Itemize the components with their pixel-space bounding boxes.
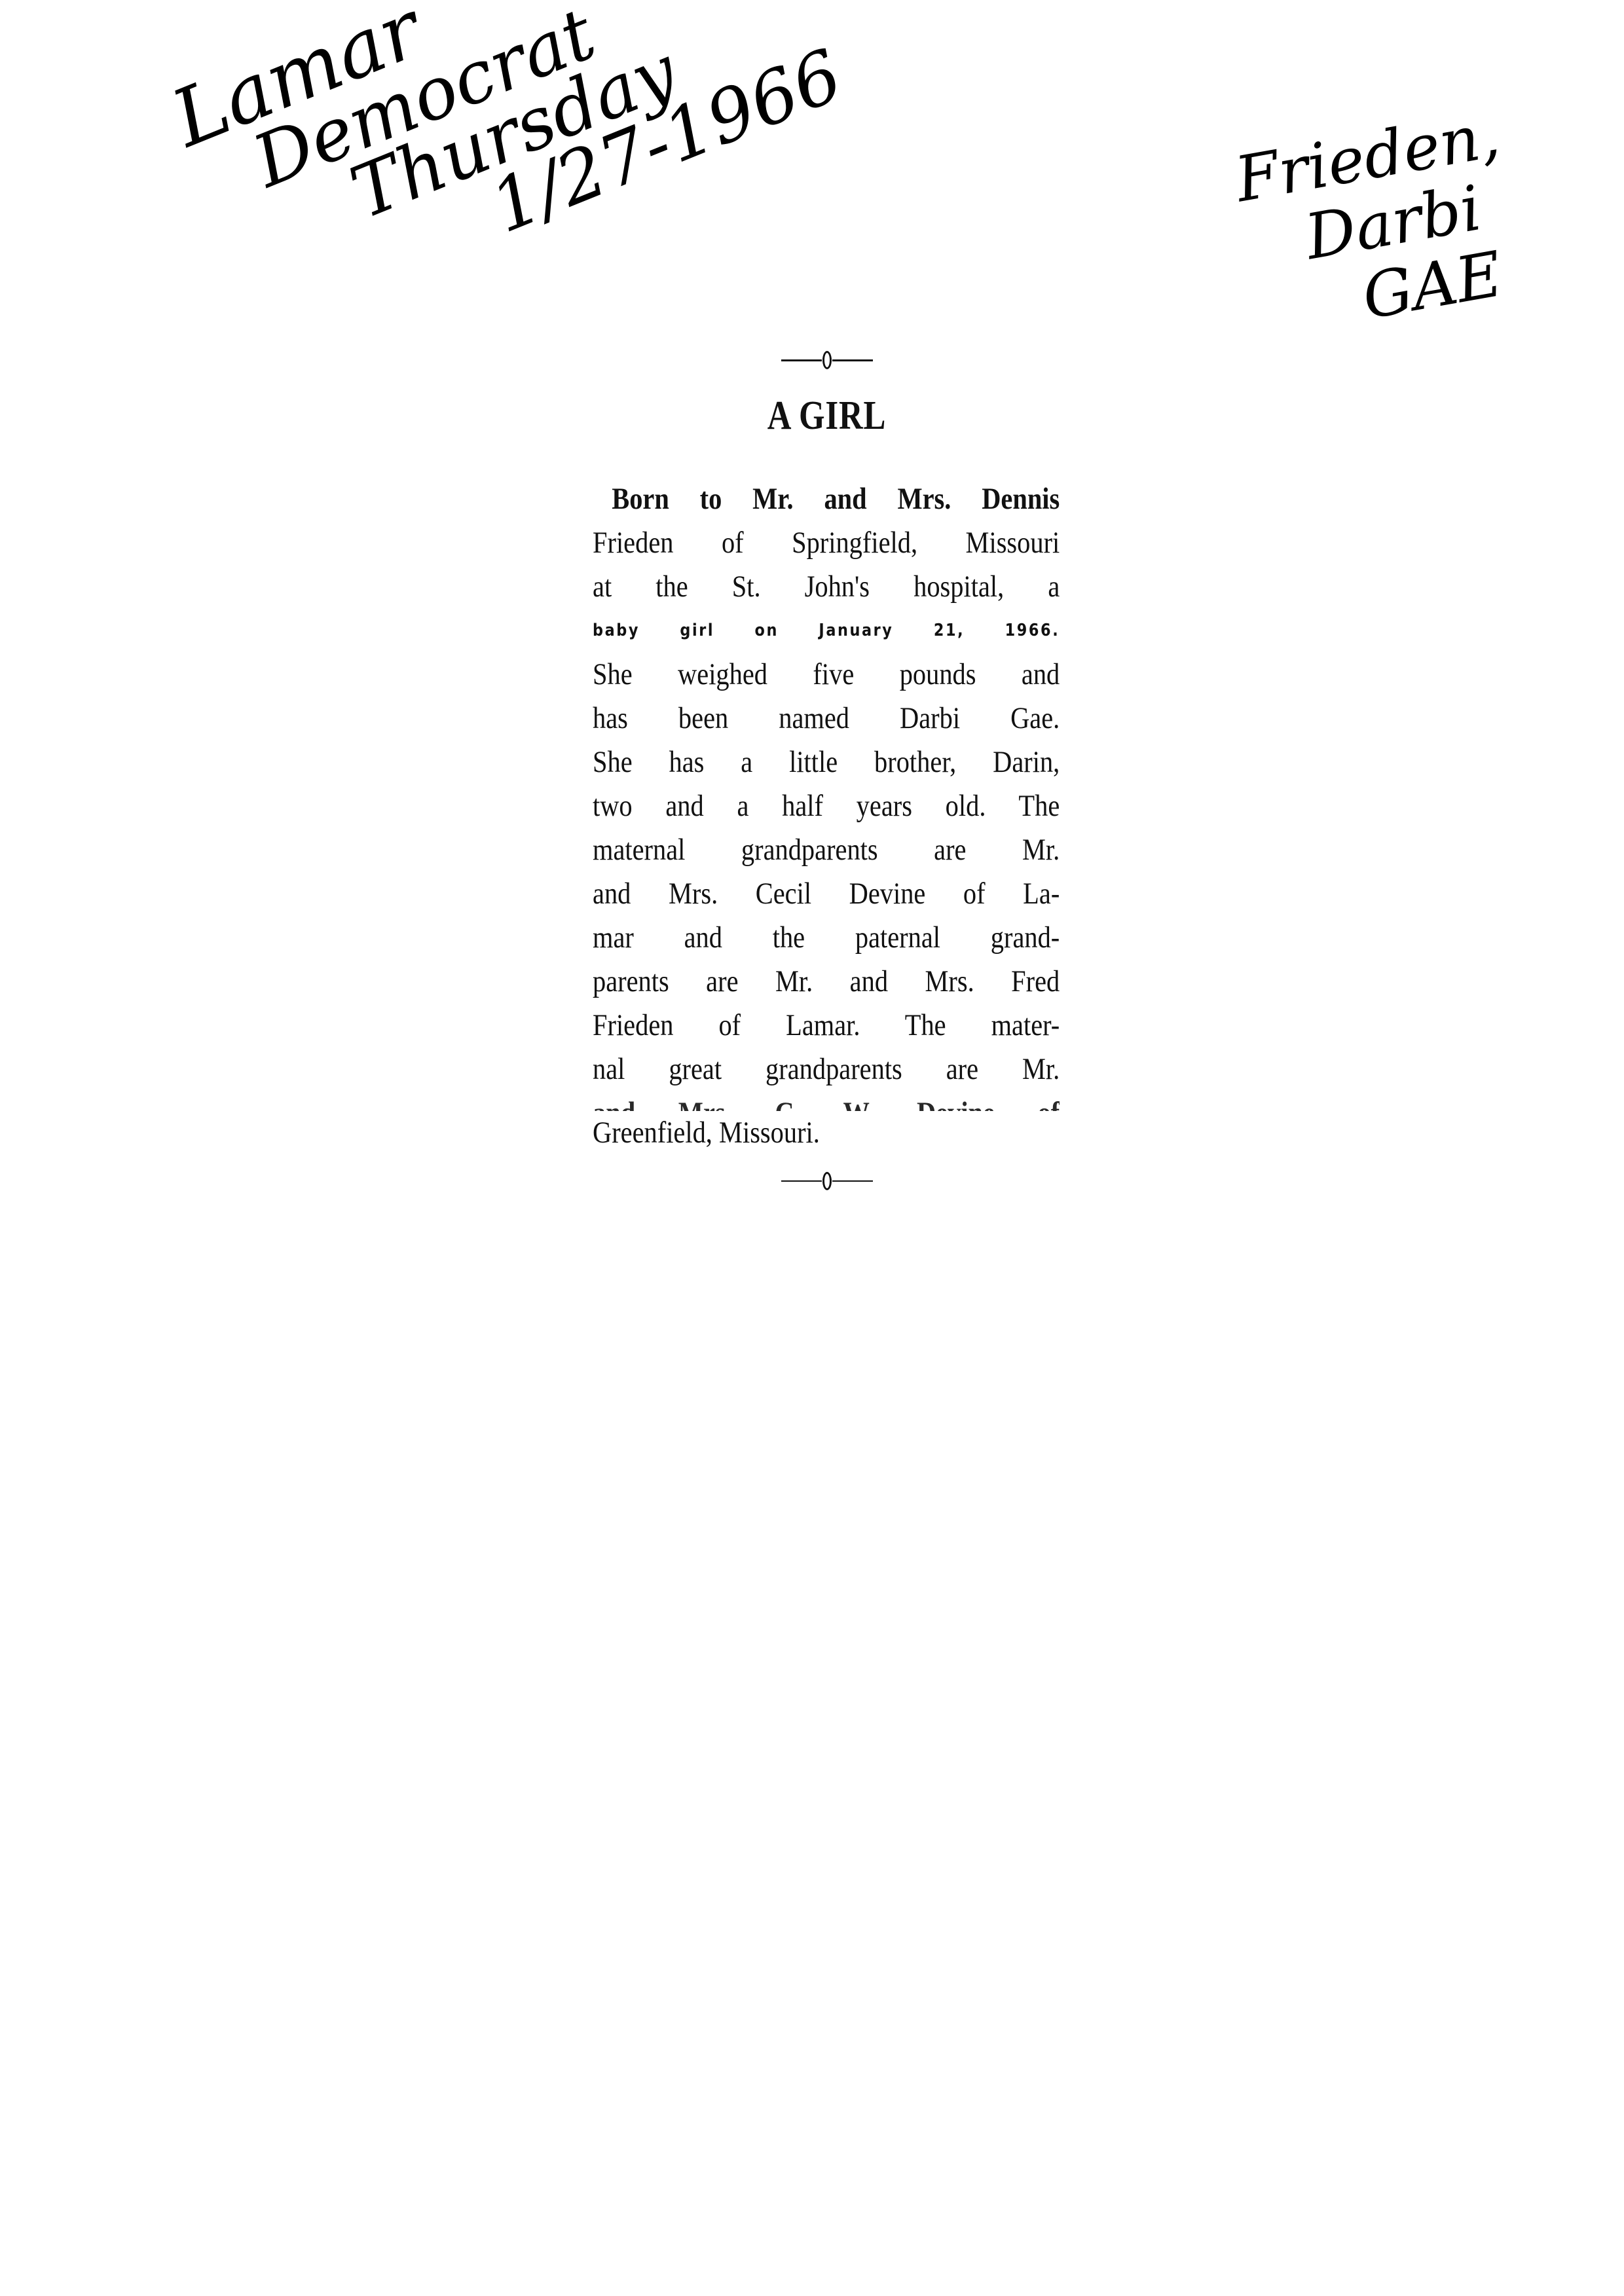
handwritten-source-note: Lamar Democrat Thursday 1/27-1966 <box>151 0 851 346</box>
article-line: Frieden of Springfield, Missouri <box>593 521 1060 565</box>
article-line: has been named Darbi Gae. <box>593 697 1060 740</box>
article-body: Born to Mr. and Mrs. Dennis Frieden of S… <box>593 477 1061 1155</box>
article-line: at the St. John's hospital, a <box>593 565 1060 609</box>
newspaper-clipping: A GIRL Born to Mr. and Mrs. Dennis Fried… <box>593 347 1061 1194</box>
divider-rule <box>832 1180 873 1182</box>
top-divider <box>593 347 1061 373</box>
bottom-divider <box>593 1168 1061 1194</box>
article-line: maternal grandparents are Mr. <box>593 828 1060 872</box>
article-line: nal great grandparents are Mr. <box>593 1048 1060 1091</box>
article-line: mar and the paternal grand- <box>593 916 1060 960</box>
divider-ornament-icon <box>822 351 832 369</box>
article-line-degraded: baby girl on January 21, 1966. <box>593 609 1060 653</box>
article-line: parents are Mr. and Mrs. Fred <box>593 960 1060 1004</box>
article-line: She has a little brother, Darin, <box>593 740 1060 784</box>
article-line-cut: and Mrs. C. W. Devine of <box>593 1091 1060 1111</box>
article-line: Born to Mr. and Mrs. Dennis <box>593 477 1060 521</box>
article-line: Frieden of Lamar. The mater- <box>593 1004 1060 1048</box>
article-line: She weighed five pounds and <box>593 653 1060 697</box>
divider-rule <box>781 359 822 361</box>
article-line: Greenfield, Missouri. <box>593 1111 1060 1155</box>
divider-rule <box>832 359 873 361</box>
handwritten-name-note: Frieden, Darbi GAE <box>1231 104 1528 347</box>
headline: A GIRL <box>635 393 1018 439</box>
article-line: two and a half years old. The <box>593 784 1060 828</box>
divider-rule <box>781 1180 822 1182</box>
article-line: and Mrs. Cecil Devine of La- <box>593 872 1060 916</box>
divider-ornament-icon <box>822 1172 832 1190</box>
